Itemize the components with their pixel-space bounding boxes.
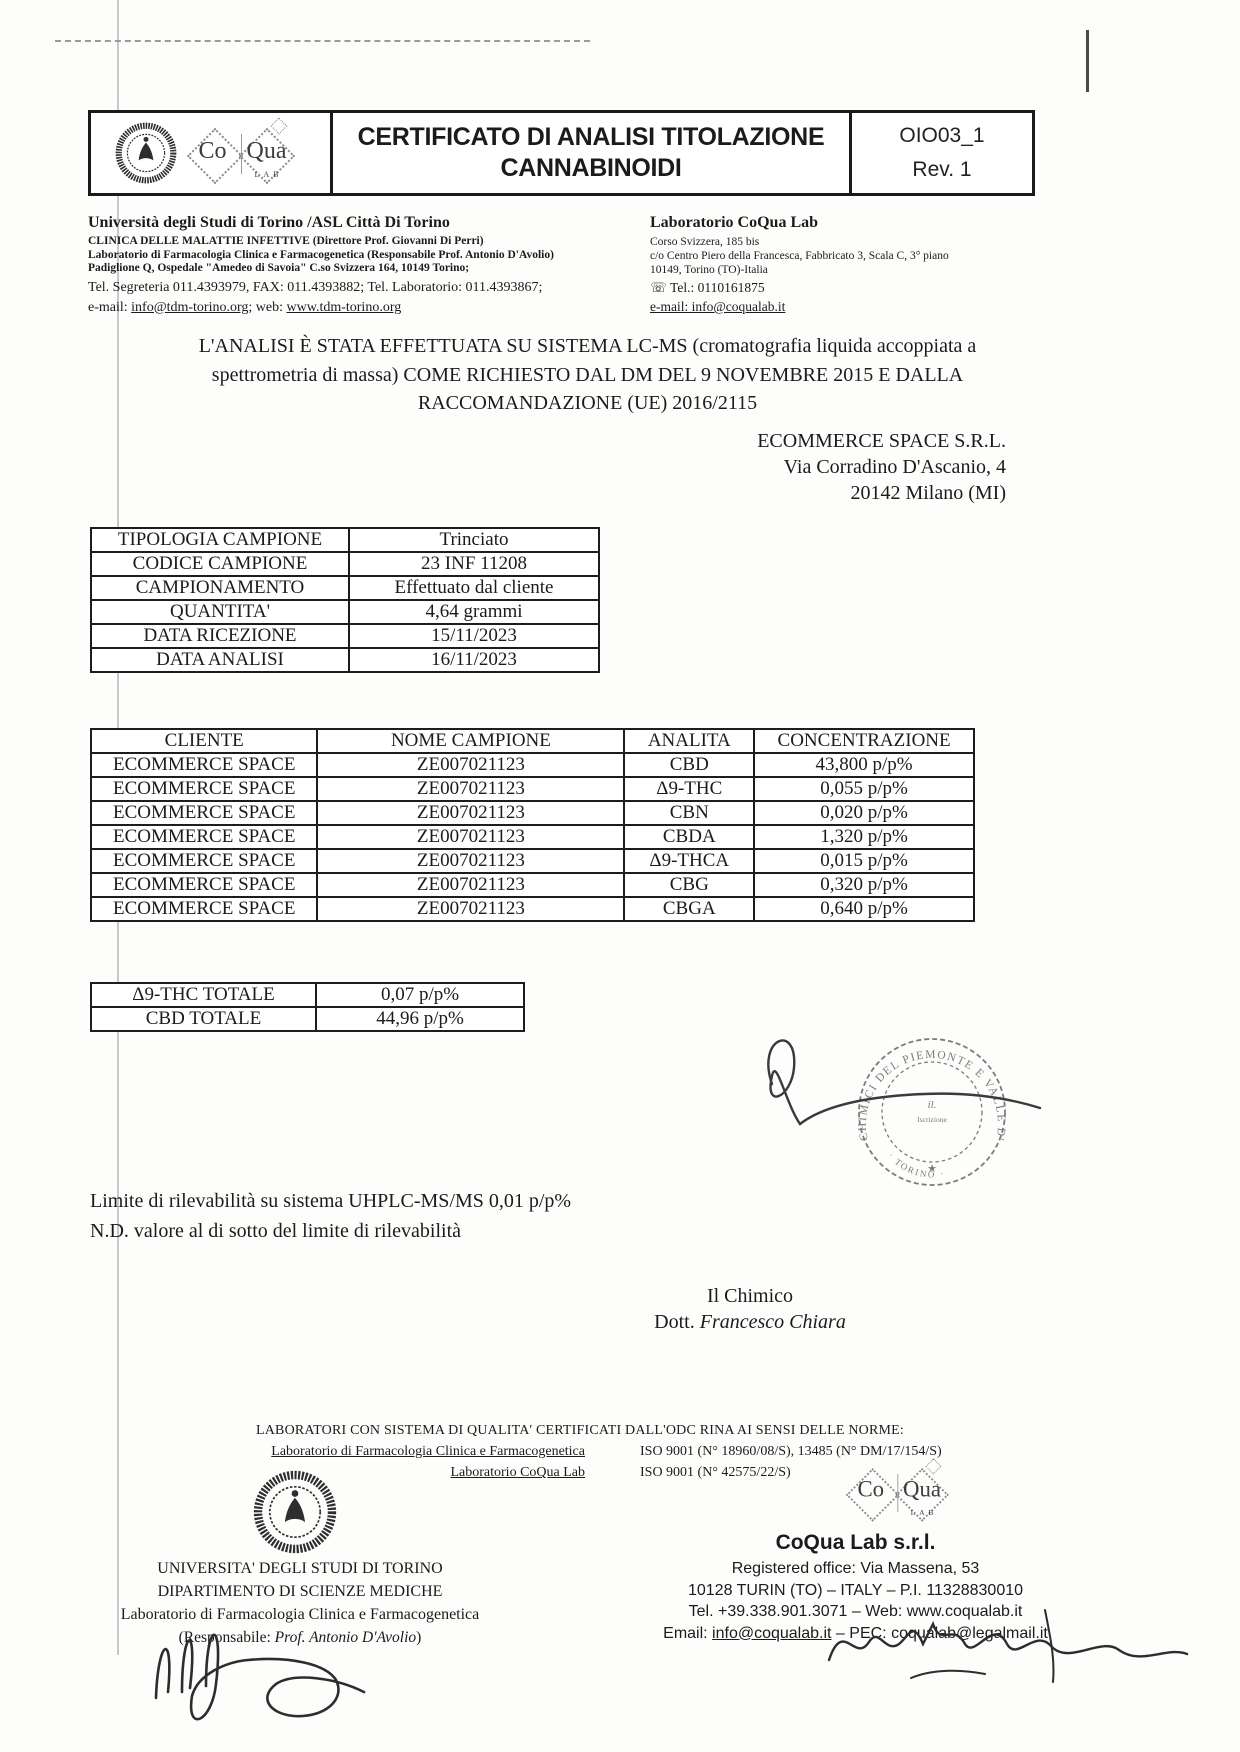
coqua-email: info@coqualab.it [692,299,786,314]
cell-cliente: ECOMMERCE SPACE [91,897,317,921]
cell-concentrazione: 43,800 p/p% [754,753,974,777]
results-table: CLIENTE NOME CAMPIONE ANALITA CONCENTRAZ… [90,728,975,922]
coqua-title: Laboratorio CoQua Lab [650,214,1080,232]
resp-suffix: ) [416,1629,421,1646]
statement-line-1: L'ANALISI È STATA EFFETTUATA SU SISTEMA … [110,332,1065,361]
cell-campione: ZE007021123 [317,825,624,849]
header: Co Qua LAB CERTIFICATO DI ANALISI TITOLA… [88,110,1035,196]
total-label: Δ9-THC TOTALE [91,983,316,1007]
note-line-1: Limite di rilevabilità su sistema UHPLC-… [90,1186,571,1216]
email-label: e-mail: [88,300,131,315]
table-row: ECOMMERCE SPACEZE007021123CBDA1,320 p/p% [91,825,974,849]
table-header-row: CLIENTE NOME CAMPIONE ANALITA CONCENTRAZ… [91,729,974,753]
coqua-logo-qua: Qua [903,1478,941,1504]
cell-analita: Δ9-THCA [624,849,754,873]
cell-analita: Δ9-THC [624,777,754,801]
table-row: QUANTITA'4,64 grammi [91,600,599,624]
cell-concentrazione: 0,320 p/p% [754,873,974,897]
table-row: DATA RICEZIONE15/11/2023 [91,624,599,648]
cert-lab-name: Laboratorio CoQua Lab [120,1465,585,1481]
sample-label: DATA ANALISI [91,648,349,672]
cell-concentrazione: 0,055 p/p% [754,777,974,801]
table-row: ECOMMERCE SPACEZE007021123CBD43,800 p/p% [91,753,974,777]
responsible-signature [128,1580,408,1750]
stamp-center-1: il. [928,1099,937,1111]
coqua-logo-co: Co [199,138,227,165]
scan-artifact-dashed-line [55,40,590,42]
col-cliente: CLIENTE [91,729,317,753]
table-row: ECOMMERCE SPACEZE007021123CBG0,320 p/p% [91,873,974,897]
cell-campione: ZE007021123 [317,849,624,873]
sample-value: 16/11/2023 [349,648,599,672]
statement-line-2: spettrometria di massa) COME RICHIESTO D… [110,361,1065,390]
table-row: Δ9-THC TOTALE0,07 p/p% [91,983,524,1007]
phone-icon: ☏ [650,280,667,295]
total-label: CBD TOTALE [91,1007,316,1031]
signatory-name-line: Dott. Francesco Chiara [595,1309,905,1335]
detection-limit-notes: Limite di rilevabilità su sistema UHPLC-… [90,1186,571,1246]
client-street: Via Corradino D'Ascanio, 4 [650,454,1006,480]
sample-value: Trinciato [349,528,599,552]
cell-cliente: ECOMMERCE SPACE [91,825,317,849]
coqua-logo-lab: LAB [255,170,283,179]
footer-company-name: CoQua Lab s.r.l. [618,1528,1093,1558]
cell-cliente: ECOMMERCE SPACE [91,873,317,897]
totals-table: Δ9-THC TOTALE0,07 p/p% CBD TOTALE44,96 p… [90,982,525,1032]
university-email-link[interactable]: info@tdm-torino.org [131,300,248,315]
table-row: ECOMMERCE SPACEZE007021123CBN0,020 p/p% [91,801,974,825]
coqua-address-2: c/o Centro Piero della Francesca, Fabbri… [650,249,1080,263]
footer-university-name: UNIVERSITA' DEGLI STUDI DI TORINO [80,1557,520,1580]
cell-concentrazione: 0,640 p/p% [754,897,974,921]
coqua-address-1: Corso Svizzera, 185 bis [650,235,1080,249]
table-row: ECOMMERCE SPACEZE007021123CBGA0,640 p/p% [91,897,974,921]
table-row: ECOMMERCE SPACEZE007021123Δ9-THCA0,015 p… [91,849,974,873]
signatory-role: Il Chimico [595,1283,905,1309]
university-contact-block: Università degli Studi di Torino /ASL Ci… [88,214,653,316]
cell-analita: CBN [624,801,754,825]
signatory-name: Francesco Chiara [700,1311,846,1333]
clinic-line: CLINICA DELLE MALATTIE INFETTIVE (Dirett… [88,235,653,249]
cell-campione: ZE007021123 [317,753,624,777]
university-web-link[interactable]: www.tdm-torino.org [287,300,402,315]
sample-label: DATA RICEZIONE [91,624,349,648]
cert-iso: ISO 9001 (N° 18960/08/S), 13485 (N° DM/1… [640,1444,942,1460]
total-value: 44,96 p/p% [316,1007,524,1031]
footer-email-link[interactable]: info@coqualab.it [712,1625,831,1642]
cert-iso: ISO 9001 (N° 42575/22/S) [640,1465,791,1481]
cell-cliente: ECOMMERCE SPACE [91,801,317,825]
sample-label: TIPOLOGIA CAMPIONE [91,528,349,552]
university-title: Università degli Studi di Torino /ASL Ci… [88,214,653,232]
cell-analita: CBG [624,873,754,897]
coqua-email-line: e-mail: info@coqualab.it [650,298,1080,315]
note-line-2: N.D. valore al di sotto del limite di ri… [90,1216,571,1246]
client-city: 20142 Milano (MI) [650,480,1006,506]
sample-value: 23 INF 11208 [349,552,599,576]
coqua-logo-co: Co [857,1478,884,1504]
coqua-email-link[interactable]: e-mail: info@coqualab.it [650,299,785,314]
cell-campione: ZE007021123 [317,873,624,897]
cert-lab-name: Laboratorio di Farmacologia Clinica e Fa… [120,1444,585,1460]
sample-value: Effettuato dal cliente [349,576,599,600]
university-seal-icon [253,1470,337,1554]
signatory-prefix: Dott. [654,1311,700,1333]
coqua-logo-lab: LAB [911,1508,938,1517]
cell-analita: CBGA [624,897,754,921]
web-label: ; web: [248,300,286,315]
doc-revision: Rev. 1 [912,153,971,187]
sample-label: CODICE CAMPIONE [91,552,349,576]
doc-code: OIO03_1 [899,119,984,153]
email-web-line: e-mail: info@tdm-torino.org; web: www.td… [88,299,653,316]
table-row: ECOMMERCE SPACEZE007021123Δ9-THC0,055 p/… [91,777,974,801]
document-code-cell: OIO03_1 Rev. 1 [852,113,1032,193]
cell-cliente: ECOMMERCE SPACE [91,753,317,777]
statement-line-3: RACCOMANDAZIONE (UE) 2016/2115 [110,389,1065,418]
order-stamp: CHIMICI DEL PIEMONTE E VALLE D'AOSTA · T… [742,1012,1062,1207]
col-nome-campione: NOME CAMPIONE [317,729,624,753]
document-title: CERTIFICATO DI ANALISI TITOLAZIONE CANNA… [333,113,852,193]
client-name: ECOMMERCE SPACE S.R.L. [650,428,1006,454]
sample-info-table: TIPOLOGIA CAMPIONETrinciato CODICE CAMPI… [90,527,600,673]
cell-cliente: ECOMMERCE SPACE [91,777,317,801]
footer-registered-office: Registered office: Via Massena, 53 [618,1558,1093,1580]
coqua-email-label: e-mail: [650,299,692,314]
phone-line: Tel. Segreteria 011.4393979, FAX: 011.43… [88,279,653,296]
coqua-logo: Co Qua LAB [189,124,307,182]
header-logos: Co Qua LAB [91,113,333,193]
cell-concentrazione: 0,020 p/p% [754,801,974,825]
table-row: CAMPIONAMENTOEffettuato dal cliente [91,576,599,600]
university-seal-icon [115,122,177,184]
admin-signature [815,1590,1195,1720]
certificate-page: Co Qua LAB CERTIFICATO DI ANALISI TITOLA… [0,0,1240,1752]
sample-value: 4,64 grammi [349,600,599,624]
cert-title: LABORATORI CON SISTEMA DI QUALITA' CERTI… [140,1423,1020,1439]
stamp-star: ★ [927,1163,937,1175]
table-row: CBD TOTALE44,96 p/p% [91,1007,524,1031]
footer-email-label: Email: [663,1625,712,1642]
cell-campione: ZE007021123 [317,897,624,921]
coqua-address-3: 10149, Torino (TO)-Italia [650,263,1080,277]
col-analita: ANALITA [624,729,754,753]
table-row: TIPOLOGIA CAMPIONETrinciato [91,528,599,552]
cell-analita: CBDA [624,825,754,849]
cert-row: Laboratorio di Farmacologia Clinica e Fa… [120,1444,1000,1460]
coqua-phone-line: ☏ Tel.: 0110161875 [650,279,1080,296]
stamp-center-2: Iscrizione [917,1115,947,1124]
sample-value: 15/11/2023 [349,624,599,648]
sample-label: CAMPIONAMENTO [91,576,349,600]
cell-campione: ZE007021123 [317,801,624,825]
cell-analita: CBD [624,753,754,777]
client-address: ECOMMERCE SPACE S.R.L. Via Corradino D'A… [650,428,1006,506]
coqua-logo: Co Qua LAB [848,1464,960,1519]
title-line-1: CERTIFICATO DI ANALISI TITOLAZIONE [358,122,825,153]
total-value: 0,07 p/p% [316,983,524,1007]
analysis-statement: L'ANALISI È STATA EFFETTUATA SU SISTEMA … [110,332,1065,418]
sample-label: QUANTITA' [91,600,349,624]
cell-concentrazione: 0,015 p/p% [754,849,974,873]
signatory-block: Il Chimico Dott. Francesco Chiara [595,1283,905,1335]
coqua-phone: Tel.: 0110161875 [667,280,765,295]
table-row: CODICE CAMPIONE23 INF 11208 [91,552,599,576]
col-concentrazione: CONCENTRAZIONE [754,729,974,753]
table-row: DATA ANALISI16/11/2023 [91,648,599,672]
cell-concentrazione: 1,320 p/p% [754,825,974,849]
address-line: Padiglione Q, Ospedale "Amedeo di Savoia… [88,262,653,276]
coqua-logo-qua: Qua [247,138,287,165]
cell-cliente: ECOMMERCE SPACE [91,849,317,873]
cell-campione: ZE007021123 [317,777,624,801]
coqua-contact-block: Laboratorio CoQua Lab Corso Svizzera, 18… [650,214,1080,315]
title-line-2: CANNABINOIDI [500,153,681,184]
lab-line: Laboratorio di Farmacologia Clinica e Fa… [88,249,653,263]
scan-artifact-tick [1086,30,1089,92]
